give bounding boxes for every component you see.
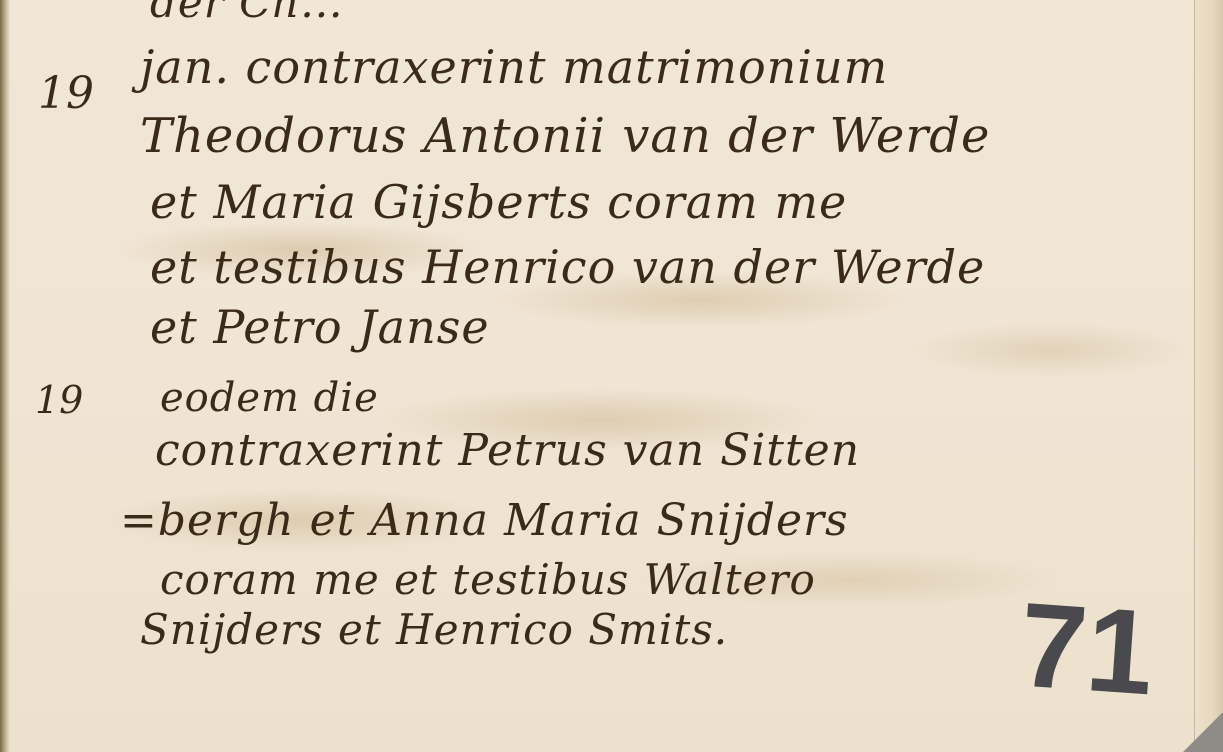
entry-2-line-4: coram me et testibus Waltero: [160, 555, 816, 604]
entry-2-line-1: eodem die: [160, 375, 379, 421]
entry-1-line-1: jan. contraxerint matrimonium: [140, 40, 888, 94]
folio-number: 71: [1015, 576, 1158, 723]
entry-1-line-2: Theodorus Antonii van der Werde: [140, 108, 990, 164]
entry-2-date: 19: [35, 378, 83, 422]
manuscript-page: der Ch... 19 jan. contraxerint matrimoni…: [0, 0, 1223, 752]
entry-1-line-4: et testibus Henrico van der Werde: [150, 240, 985, 294]
entry-1-line-3: et Maria Gijsberts coram me: [150, 175, 847, 229]
page-right-edge: [1194, 0, 1223, 752]
entry-2-line-2: contraxerint Petrus van Sitten: [155, 425, 860, 476]
entry-1-line-5: et Petro Janse: [150, 300, 490, 354]
entry-2-line-3: =bergh et Anna Maria Snijders: [120, 495, 849, 546]
entry-1-date: 19: [38, 68, 94, 119]
entry-2-line-5: Snijders et Henrico Smits.: [140, 605, 728, 654]
top-fragment-line: der Ch...: [150, 0, 343, 27]
page-binding-edge: [0, 0, 10, 752]
